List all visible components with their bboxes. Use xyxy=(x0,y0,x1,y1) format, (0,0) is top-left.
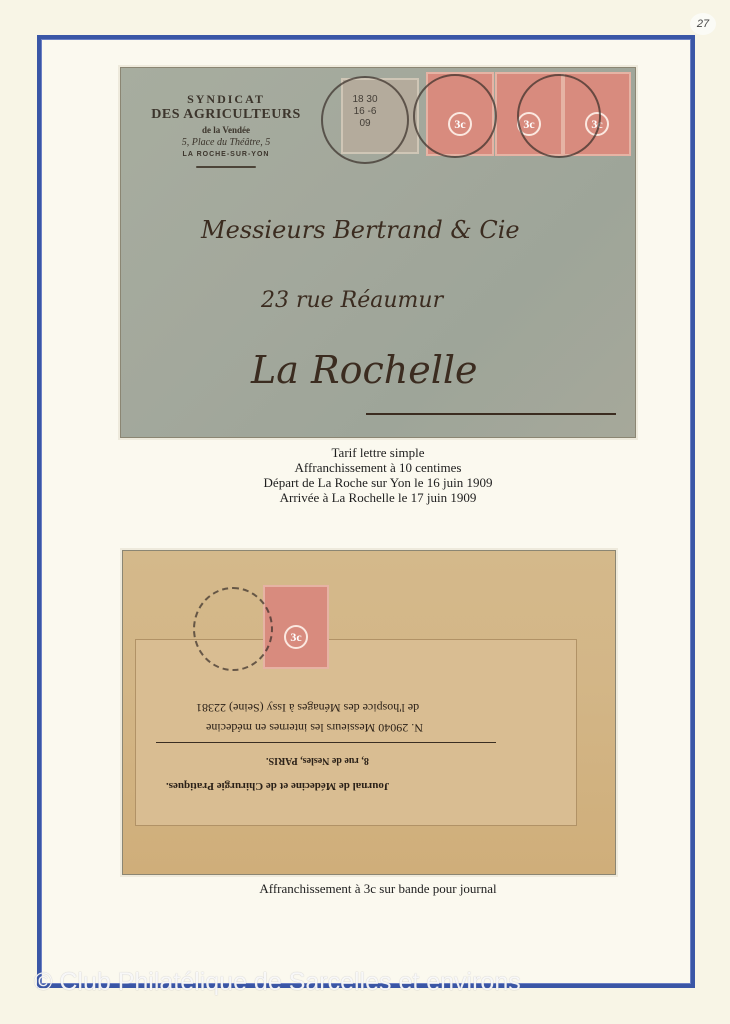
caption-cover2: Affranchissement à 3c sur bande pour jou… xyxy=(121,881,635,896)
flourish-ornament xyxy=(196,166,256,168)
address-line2: 23 rue Réaumur xyxy=(261,288,443,313)
cover-letter-envelope: SYNDICAT DES AGRICULTEURS de la Vendée 5… xyxy=(121,68,635,437)
letterhead-line1: SYNDICAT xyxy=(151,92,301,107)
letterhead-line3: de la Vendée xyxy=(151,125,301,135)
address-underline xyxy=(366,413,616,415)
postmark-1: 18 30 16 -6 09 xyxy=(321,76,409,164)
band-rule xyxy=(156,742,496,743)
address-line3: La Rochelle xyxy=(251,348,478,392)
postmark-2 xyxy=(413,74,497,158)
letterhead-line5: LA ROCHE-SUR-YON xyxy=(151,151,301,158)
letterhead: SYNDICAT DES AGRICULTEURS de la Vendée 5… xyxy=(151,92,301,168)
page-number: 27 xyxy=(690,13,716,35)
address-line1: Messieurs Bertrand & Cie xyxy=(201,216,520,244)
letterhead-line2: DES AGRICULTEURS xyxy=(151,107,301,123)
newspaper-wrapper: Journal de Médecine et de Chirurgie Prat… xyxy=(123,551,615,874)
letterhead-line4: 5, Place du Théâtre, 5 xyxy=(151,137,301,148)
address-band: Journal de Médecine et de Chirurgie Prat… xyxy=(135,639,577,826)
copyright-watermark: © Club Philatélique de Sarcelles et envi… xyxy=(34,968,521,997)
postmark-3 xyxy=(517,74,601,158)
postmark-paris xyxy=(193,587,273,671)
caption-cover1: Tarif lettre simple Affranchissement à 1… xyxy=(121,445,635,505)
stamp-red: 3c xyxy=(265,587,327,667)
